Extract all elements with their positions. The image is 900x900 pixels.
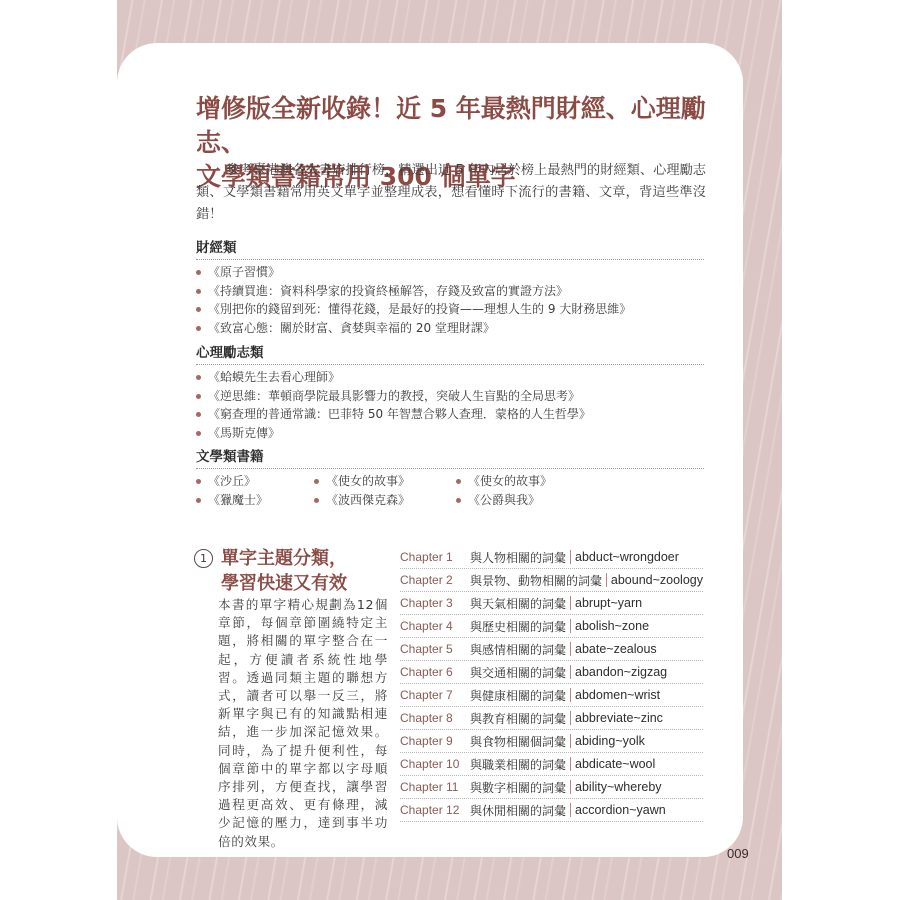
intro-paragraph: 參考臺港澳各大書店排行榜，精選出近 5 年內居於榜上最熱門的財經類、心理勵志類、… — [196, 160, 706, 226]
chapter-row: Chapter 11與數字相關的詞彙ability~whereby — [400, 776, 703, 799]
chapter-label: Chapter 11 — [400, 780, 470, 794]
chapter-topic: 與感情相關的詞彙 — [470, 641, 566, 658]
bullet-icon — [196, 307, 201, 312]
chapter-range: abdomen~wrist — [575, 688, 660, 702]
list-item: 《逆思維：華頓商學院最具影響力的教授，突破人生盲點的全局思考》 — [196, 387, 704, 406]
bullet-icon — [196, 412, 201, 417]
separator — [570, 803, 571, 817]
separator — [570, 711, 571, 725]
list-item: 《波西傑克森》 — [314, 491, 456, 510]
chapter-topic: 與教育相關的詞彙 — [470, 710, 566, 727]
list-item: 《沙丘》 — [196, 472, 314, 491]
chapter-topic: 與健康相關的詞彙 — [470, 687, 566, 704]
separator — [570, 688, 571, 702]
chapter-row: Chapter 7與健康相關的詞彙abdomen~wrist — [400, 684, 703, 707]
section-finance: 財經類 《原子習慣》 《持續買進：資料科學家的投資終極解答，存錢及致富的實證方法… — [196, 236, 704, 337]
bullet-icon — [196, 289, 201, 294]
chapter-topic: 與數字相關的詞彙 — [470, 779, 566, 796]
separator — [570, 619, 571, 633]
chapter-row: Chapter 6與交通相關的詞彙abandon~zigzag — [400, 661, 703, 684]
page-number: 009 — [727, 846, 749, 861]
bullet-icon — [196, 431, 201, 436]
bullet-icon — [314, 498, 319, 503]
separator — [570, 665, 571, 679]
chapter-label: Chapter 10 — [400, 757, 470, 771]
list-item: 《使女的故事》 — [314, 472, 456, 491]
separator — [570, 780, 571, 794]
chapter-row: Chapter 12與休閒相關的詞彙accordion~yawn — [400, 799, 703, 822]
bullet-icon — [196, 270, 201, 275]
bullet-icon — [196, 498, 201, 503]
chapter-label: Chapter 12 — [400, 803, 470, 817]
chapter-range: abiding~yolk — [575, 734, 645, 748]
chapter-label: Chapter 7 — [400, 688, 470, 702]
chapter-label: Chapter 1 — [400, 550, 470, 564]
feature-title: 單字主題分類， 學習快速又有效 — [221, 546, 347, 596]
section-heading: 財經類 — [196, 236, 704, 260]
chapter-label: Chapter 3 — [400, 596, 470, 610]
separator — [606, 573, 607, 587]
list-item: 《別把你的錢留到死：懂得花錢，是最好的投資——理想人生的 9 大財務思維》 — [196, 300, 704, 319]
title-line-1: 增修版全新收錄！近 5 年最熱門財經、心理勵志、 — [196, 94, 706, 157]
chapter-topic: 與天氣相關的詞彙 — [470, 595, 566, 612]
chapter-row: Chapter 4與歷史相關的詞彙abolish~zone — [400, 615, 703, 638]
section-self-help: 心理勵志類 《蛤蟆先生去看心理師》 《逆思維：華頓商學院最具影響力的教授，突破人… — [196, 341, 704, 442]
chapter-topic: 與人物相關的詞彙 — [470, 549, 566, 566]
chapter-row: Chapter 8與教育相關的詞彙abbreviate~zinc — [400, 707, 703, 730]
separator — [570, 734, 571, 748]
separator — [570, 596, 571, 610]
chapter-topic: 與交通相關的詞彙 — [470, 664, 566, 681]
book-grid: 《沙丘》 《使女的故事》 《使女的故事》 《獵魔士》 《波西傑克森》 《公爵與我… — [196, 472, 704, 509]
section-literature: 文學類書籍 《沙丘》 《使女的故事》 《使女的故事》 《獵魔士》 《波西傑克森》… — [196, 445, 704, 509]
list-item: 《窮查理的普通常識：巴菲特 50 年智慧合夥人查理．蒙格的人生哲學》 — [196, 405, 704, 424]
chapter-topic: 與職業相關的詞彙 — [470, 756, 566, 773]
list-item: 《公爵與我》 — [456, 491, 606, 510]
chapter-row: Chapter 9與食物相關個詞彙abiding~yolk — [400, 730, 703, 753]
chapter-range: abate~zealous — [575, 642, 657, 656]
list-item: 《馬斯克傳》 — [196, 424, 704, 443]
section-heading: 文學類書籍 — [196, 445, 704, 469]
feature-heading: 1 單字主題分類， 學習快速又有效 — [194, 546, 394, 596]
chapter-range: abandon~zigzag — [575, 665, 667, 679]
list-item: 《持續買進：資料科學家的投資終極解答，存錢及致富的實證方法》 — [196, 282, 704, 301]
book-list: 《蛤蟆先生去看心理師》 《逆思維：華頓商學院最具影響力的教授，突破人生盲點的全局… — [196, 368, 704, 442]
chapter-topic: 與景物、動物相關的詞彙 — [470, 572, 602, 589]
chapter-row: Chapter 3與天氣相關的詞彙abrupt~yarn — [400, 592, 703, 615]
chapter-topic: 與休閒相關的詞彙 — [470, 802, 566, 819]
list-item: 《蛤蟆先生去看心理師》 — [196, 368, 704, 387]
book-list: 《原子習慣》 《持續買進：資料科學家的投資終極解答，存錢及致富的實證方法》 《別… — [196, 263, 704, 337]
list-item: 《使女的故事》 — [456, 472, 606, 491]
chapter-label: Chapter 5 — [400, 642, 470, 656]
separator — [570, 757, 571, 771]
list-item: 《致富心態：關於財富、貪婪與幸福的 20 堂理財課》 — [196, 319, 704, 338]
bullet-icon — [314, 479, 319, 484]
section-heading: 心理勵志類 — [196, 341, 704, 365]
chapter-range: accordion~yawn — [575, 803, 666, 817]
chapter-label: Chapter 9 — [400, 734, 470, 748]
chapter-label: Chapter 8 — [400, 711, 470, 725]
bullet-icon — [456, 498, 461, 503]
chapter-range: ability~whereby — [575, 780, 662, 794]
chapter-label: Chapter 4 — [400, 619, 470, 633]
separator — [570, 642, 571, 656]
bullet-icon — [196, 375, 201, 380]
chapter-label: Chapter 2 — [400, 573, 470, 587]
chapter-range: abbreviate~zinc — [575, 711, 663, 725]
chapter-topic: 與食物相關個詞彙 — [470, 733, 566, 750]
chapter-range: abound~zoology — [611, 573, 703, 587]
chapter-list: Chapter 1與人物相關的詞彙abduct~wrongdoer Chapte… — [400, 546, 703, 822]
chapter-row: Chapter 5與感情相關的詞彙abate~zealous — [400, 638, 703, 661]
chapter-range: abolish~zone — [575, 619, 649, 633]
separator — [570, 550, 571, 564]
chapter-row: Chapter 10與職業相關的詞彙abdicate~wool — [400, 753, 703, 776]
bullet-icon — [196, 326, 201, 331]
bullet-icon — [196, 394, 201, 399]
bullet-icon — [456, 479, 461, 484]
chapter-range: abrupt~yarn — [575, 596, 642, 610]
feature-body: 本書的單字精心規劃為12個章節，每個章節圍繞特定主題，將相關的單字整合在一起，方… — [218, 596, 388, 851]
list-item: 《獵魔士》 — [196, 491, 314, 510]
chapter-range: abduct~wrongdoer — [575, 550, 679, 564]
list-item: 《原子習慣》 — [196, 263, 704, 282]
chapter-row: Chapter 1與人物相關的詞彙abduct~wrongdoer — [400, 546, 703, 569]
bullet-icon — [196, 479, 201, 484]
circled-number-icon: 1 — [194, 549, 213, 568]
chapter-range: abdicate~wool — [575, 757, 655, 771]
chapter-topic: 與歷史相關的詞彙 — [470, 618, 566, 635]
chapter-row: Chapter 2與景物、動物相關的詞彙abound~zoology — [400, 569, 703, 592]
chapter-label: Chapter 6 — [400, 665, 470, 679]
